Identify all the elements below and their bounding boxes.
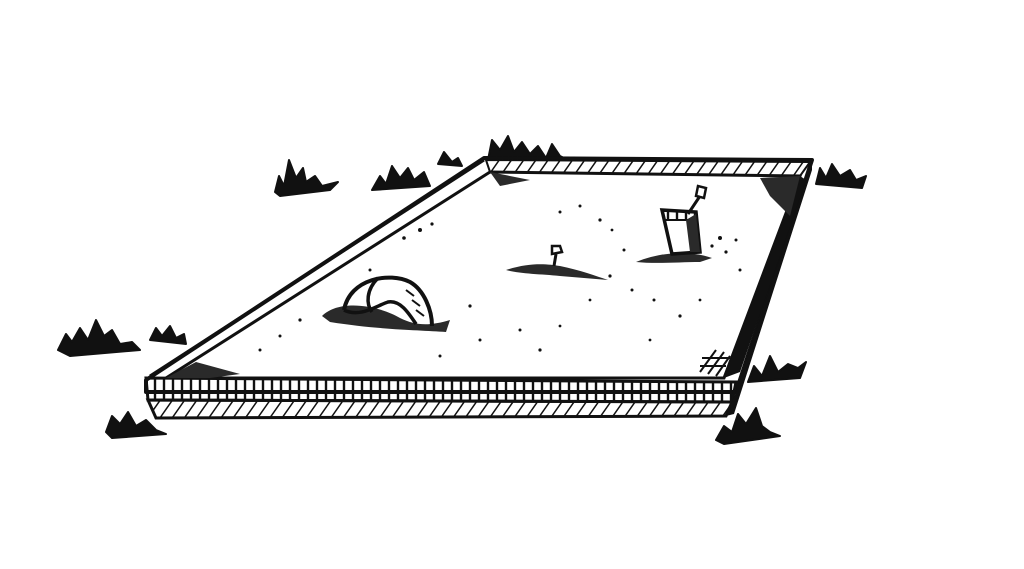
sandbox-frame bbox=[146, 158, 812, 418]
sandbox-illustration bbox=[0, 0, 1024, 569]
sand-surface bbox=[166, 172, 800, 378]
